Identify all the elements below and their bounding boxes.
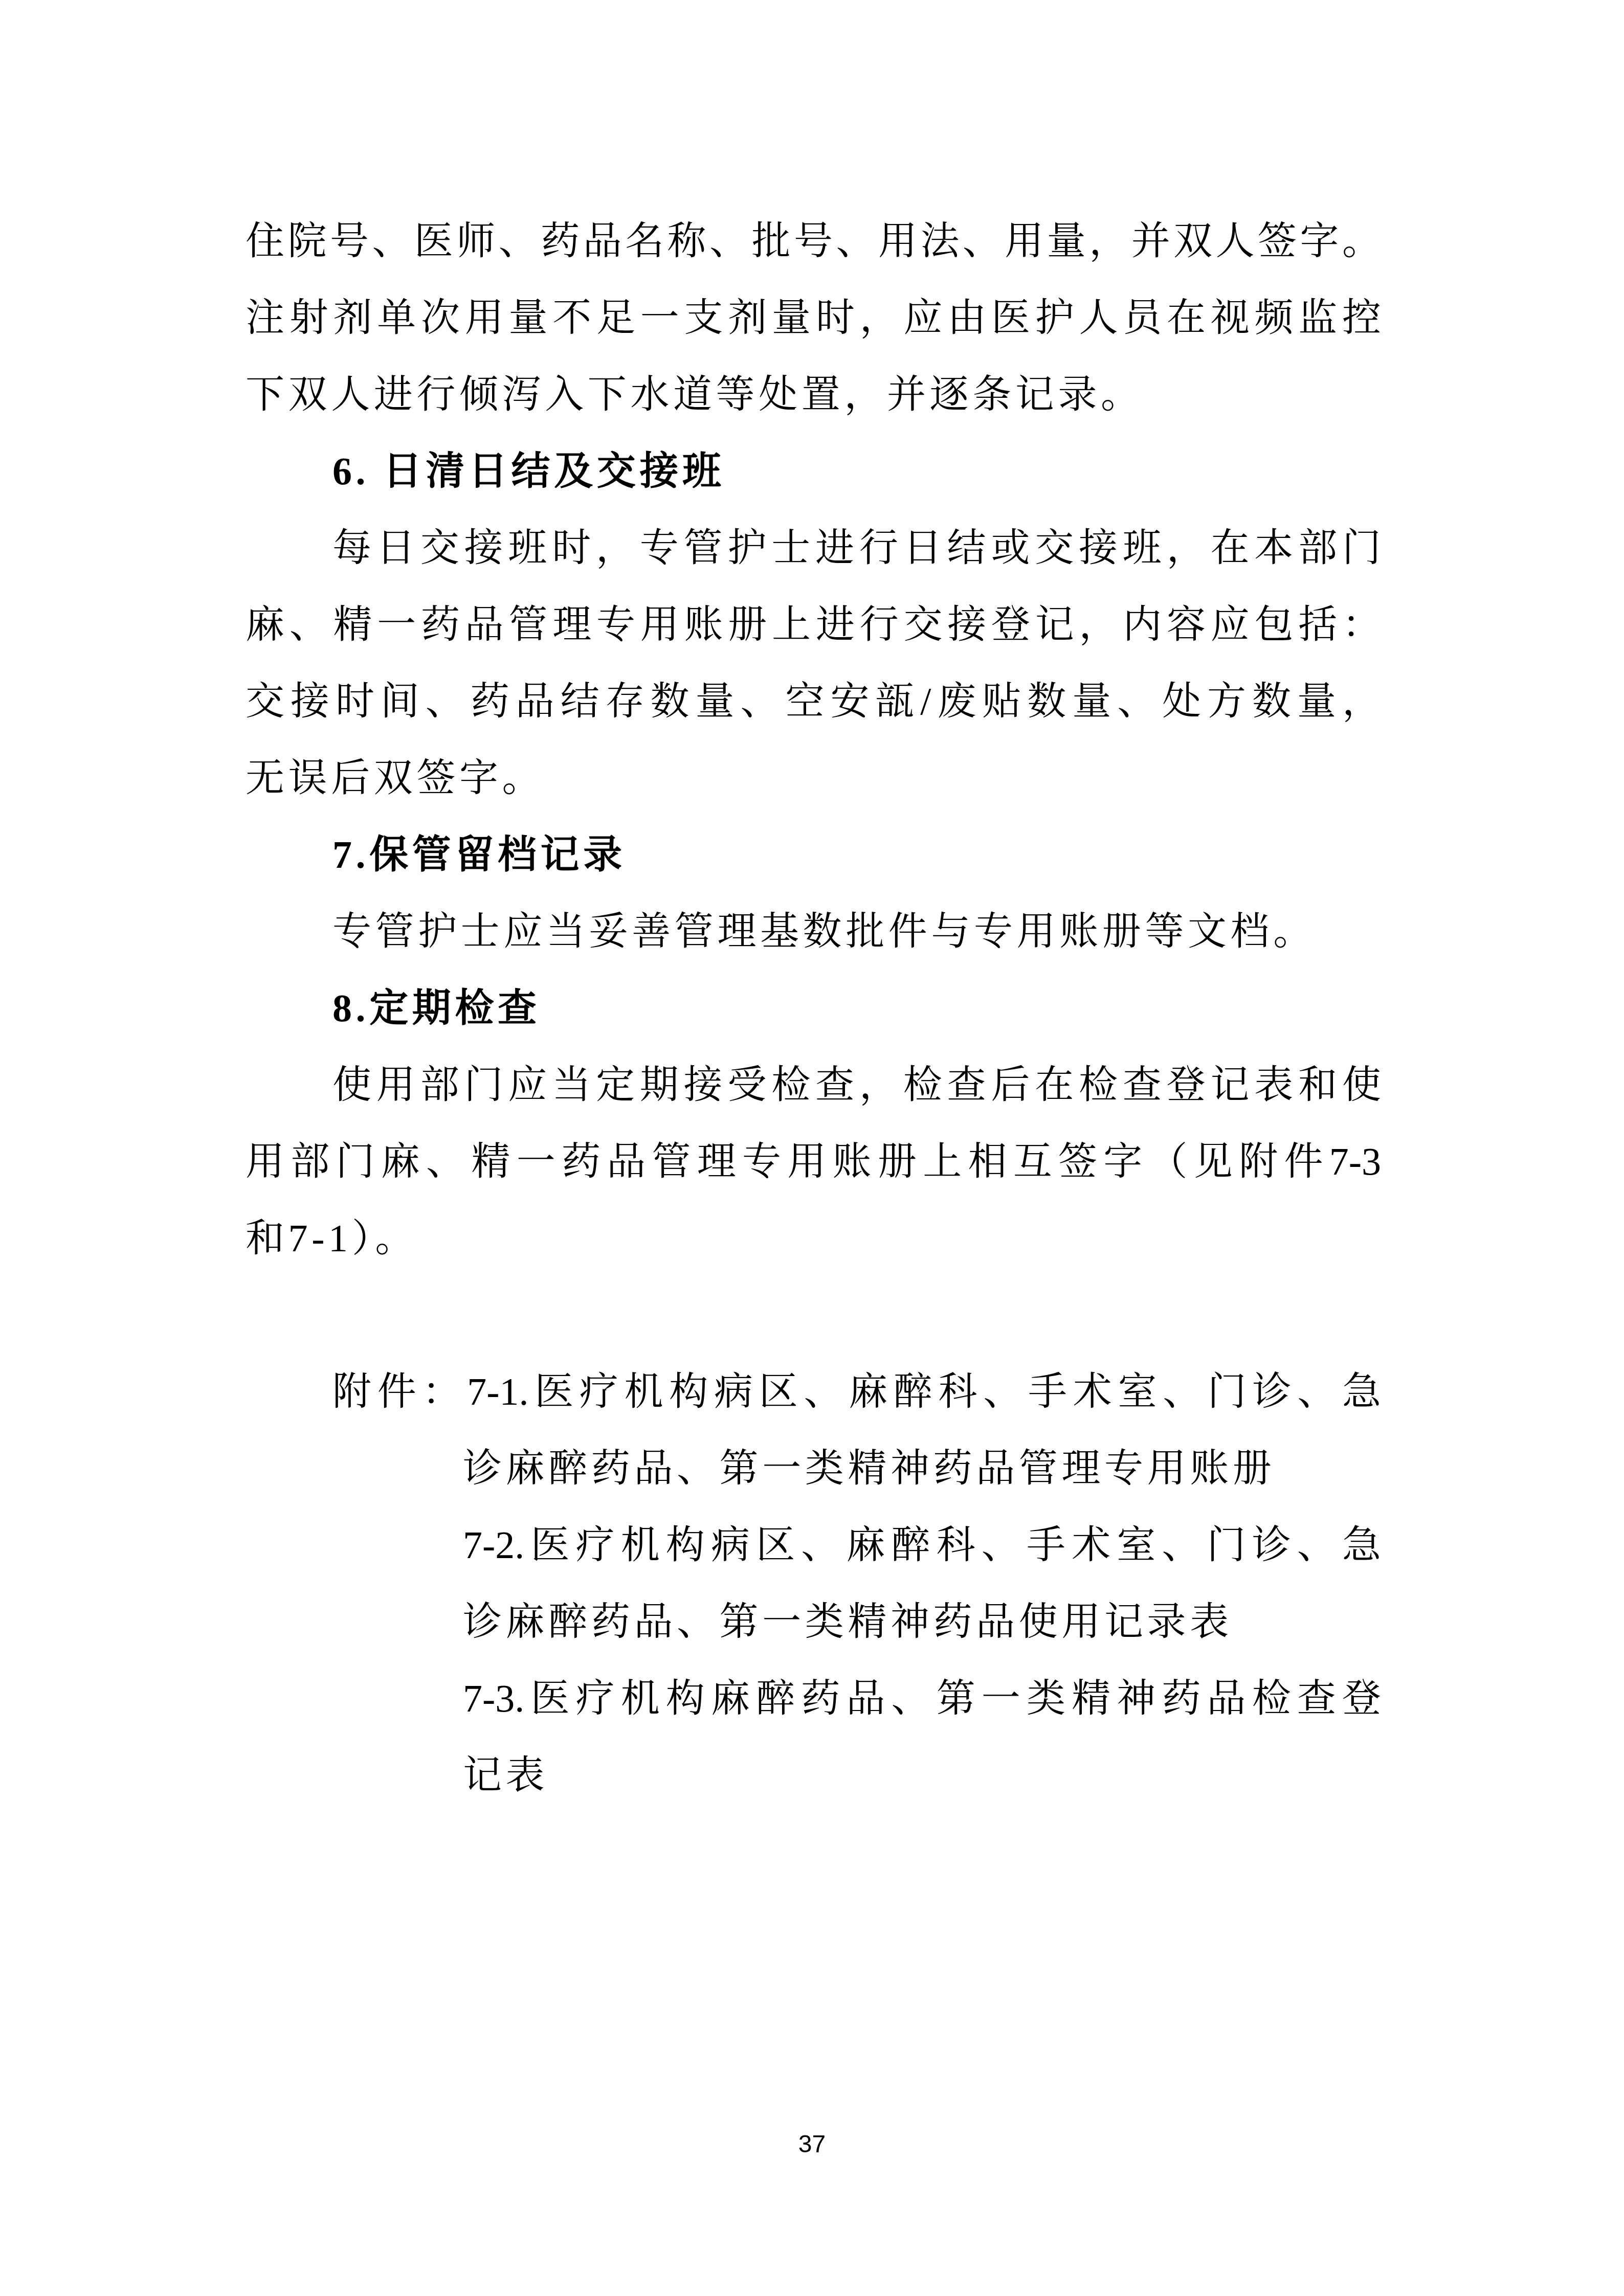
section-heading-8: 8.定期检查: [246, 970, 1381, 1047]
section-heading-6: 6. 日清日结及交接班: [246, 433, 1381, 510]
text-block: 住院号、医师、药品名称、批号、用法、用量，并双人签字。 注射剂单次用量不足一支剂…: [246, 203, 1381, 1814]
paragraph-line: 注射剂单次用量不足一支剂量时，应由医护人员在视频监控: [246, 280, 1381, 356]
attachment-list-line: 诊麻醉药品、第一类精神药品管理专用账册: [246, 1430, 1381, 1507]
attachment-list-line: 记表: [246, 1737, 1381, 1814]
blank-line: [246, 1277, 1381, 1354]
paragraph-line: 使用部门应当定期接受检查，检查后在检查登记表和使: [246, 1047, 1381, 1123]
attachment-list-line: 7-3.医疗机构麻醉药品、第一类精神药品检查登: [246, 1660, 1381, 1737]
paragraph-line: 麻、精一药品管理专用账册上进行交接登记，内容应包括：: [246, 587, 1381, 663]
section-heading-7: 7.保管留档记录: [246, 817, 1381, 893]
paragraph-line: 下双人进行倾泻入下水道等处置，并逐条记录。: [246, 356, 1381, 433]
paragraph-line: 住院号、医师、药品名称、批号、用法、用量，并双人签字。: [246, 203, 1381, 280]
paragraph-line: 交接时间、药品结存数量、空安瓿/废贴数量、处方数量，: [246, 663, 1381, 740]
document-page: 住院号、医师、药品名称、批号、用法、用量，并双人签字。 注射剂单次用量不足一支剂…: [0, 0, 1624, 2296]
attachment-list-line: 7-2.医疗机构病区、麻醉科、手术室、门诊、急: [246, 1507, 1381, 1584]
attachment-list-line: 诊麻醉药品、第一类精神药品使用记录表: [246, 1584, 1381, 1660]
paragraph-line: 专管护士应当妥善管理基数批件与专用账册等文档。: [246, 893, 1381, 970]
paragraph-line: 和7-1）。: [246, 1200, 1381, 1277]
attachment-list-line: 附件：7-1.医疗机构病区、麻醉科、手术室、门诊、急: [246, 1354, 1381, 1430]
paragraph-line: 用部门麻、精一药品管理专用账册上相互签字（见附件7-3: [246, 1123, 1381, 1200]
paragraph-line: 每日交接班时，专管护士进行日结或交接班，在本部门: [246, 510, 1381, 587]
page-number: 37: [0, 2131, 1624, 2158]
paragraph-line: 无误后双签字。: [246, 740, 1381, 817]
